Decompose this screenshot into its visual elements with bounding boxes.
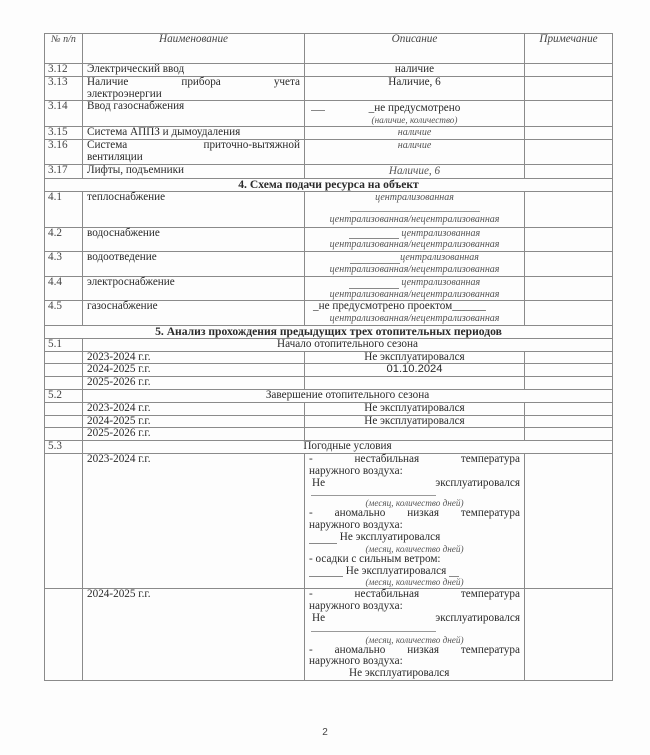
row-num: 3.13	[45, 76, 83, 101]
row-desc: наличие	[305, 64, 525, 77]
name-word: Наличие	[87, 77, 128, 89]
row-desc: _не предусмотрено проектом______ централ…	[305, 301, 525, 326]
row-name: теплоснабжение	[83, 191, 305, 227]
blank-line	[309, 576, 343, 577]
subsection-row: 5.1 Начало отопительного сезона	[45, 338, 613, 351]
row-desc: централизованная централизованная/нецент…	[305, 252, 525, 277]
name-word: приточно-вытяжной	[203, 140, 300, 152]
row-num: 3.17	[45, 164, 83, 178]
name-word: прибора	[181, 77, 220, 89]
weather-desc: -нестабильнаятемпература наружного возду…	[305, 453, 525, 588]
low-value: Не эксплуатировался	[340, 531, 440, 543]
supply-value: _не предусмотрено проектом______	[309, 301, 520, 313]
table-row: 2023-2024 г.г. Не эксплуатировался	[45, 402, 613, 415]
period-value: Не эксплуатировался	[305, 415, 525, 428]
value-word: эксплуатировался	[435, 613, 520, 625]
row-note	[525, 127, 613, 140]
word: температура	[461, 508, 520, 520]
word: температура	[461, 454, 520, 466]
row-desc: _не предусмотрено (наличие, количество)	[305, 101, 525, 127]
row-desc: централизованная централизованная/нецент…	[305, 227, 525, 252]
supply-hint: централизованная/нецентрализованная	[309, 313, 520, 325]
blank-line	[311, 631, 436, 632]
weather-desc: -нестабильнаятемпература наружного возду…	[305, 589, 525, 681]
table-row: 3.15 Система АППЗ и дымоудаления наличие	[45, 127, 613, 140]
period-value: Не эксплуатировался	[305, 402, 525, 415]
row-name: Ввод газоснабжения	[83, 101, 305, 127]
row-note	[525, 164, 613, 178]
row-desc: централизованная централизованная/нецент…	[305, 191, 525, 227]
subsection-title: Завершение отопительного сезона	[83, 389, 613, 402]
row-name: Электрический ввод	[83, 64, 305, 77]
low-value: Не эксплуатировался	[309, 668, 520, 680]
word: низкая	[407, 645, 439, 657]
row-note	[525, 453, 613, 588]
header-note: Примечание	[525, 34, 613, 64]
section-4-title: 4. Схема подачи ресурса на объект	[45, 178, 613, 191]
table-row: 3.12 Электрический ввод наличие	[45, 64, 613, 77]
page-number: 2	[0, 727, 650, 738]
row-name: Лифты, подъемники	[83, 164, 305, 178]
table-row: 3.17 Лифты, подъемники Наличие, 6	[45, 164, 613, 178]
section-5-title: 5. Анализ прохождения предыдущих трех от…	[45, 325, 613, 338]
table-row: 4.5 газоснабжение _не предусмотрено прое…	[45, 301, 613, 326]
row-note	[525, 64, 613, 77]
blank-line	[309, 543, 337, 544]
row-note	[525, 415, 613, 428]
row-num: 3.12	[45, 64, 83, 77]
passport-table: № п/п Наименование Описание Примечание 3…	[44, 33, 613, 681]
subsection-row: 5.3 Погодные условия	[45, 441, 613, 454]
row-desc: наличие	[305, 140, 525, 165]
row-note	[525, 364, 613, 377]
period-value	[305, 428, 525, 441]
row-desc: централизованная централизованная/нецент…	[305, 276, 525, 301]
table-row: 4.1 теплоснабжение централизованная цент…	[45, 191, 613, 227]
subsection-title: Погодные условия	[83, 441, 613, 454]
row-note	[525, 101, 613, 127]
period-value	[305, 377, 525, 390]
table-row: 2025-2026 г.г.	[45, 428, 613, 441]
table-row: 2024-2025 г.г. Не эксплуатировался	[45, 415, 613, 428]
row-note	[525, 76, 613, 101]
row-num: 3.16	[45, 140, 83, 165]
word: температура	[461, 645, 520, 657]
period-label: 2024-2025 г.г.	[83, 415, 305, 428]
row-num	[45, 351, 83, 364]
document-page: № п/п Наименование Описание Примечание 3…	[0, 0, 650, 755]
period-label: 2024-2025 г.г.	[83, 364, 305, 377]
supply-value: централизованная	[309, 192, 520, 204]
table-row: 2023-2024 г.г. Не эксплуатировался	[45, 351, 613, 364]
supply-value: централизованная	[400, 252, 479, 263]
section-heading-row: 5. Анализ прохождения предыдущих трех от…	[45, 325, 613, 338]
row-num: 5.3	[45, 441, 83, 454]
period-label: 2023-2024 г.г.	[83, 453, 305, 588]
table-row: 3.16 Системаприточно-вытяжной вентиляции…	[45, 140, 613, 165]
row-note	[525, 276, 613, 301]
row-num: 4.5	[45, 301, 83, 326]
weather-hint: (месяц, количество дней)	[309, 577, 520, 587]
name-line2: электроэнергии	[87, 89, 300, 101]
table-row: 2024-2025 г.г. -нестабильнаятемпература …	[45, 589, 613, 681]
name-line2: вентиляции	[87, 152, 300, 164]
row-num	[45, 402, 83, 415]
row-note	[525, 252, 613, 277]
row-note	[525, 402, 613, 415]
row-note	[525, 428, 613, 441]
period-label: 2025-2026 г.г.	[83, 377, 305, 390]
row-num: 5.1	[45, 338, 83, 351]
period-label: 2024-2025 г.г.	[83, 589, 305, 681]
air-label: наружного воздуха:	[309, 466, 520, 478]
word: нестабильная	[355, 454, 420, 466]
row-name: Наличиеприбораучета электроэнергии	[83, 76, 305, 101]
supply-value: централизованная	[401, 277, 480, 288]
value-word: Не	[312, 613, 325, 625]
row-note	[525, 191, 613, 227]
row-name: водоснабжение	[83, 227, 305, 252]
period-label: 2025-2026 г.г.	[83, 428, 305, 441]
value-word: эксплуатировался	[435, 478, 520, 490]
value-word: Не	[312, 478, 325, 490]
blank-line	[311, 110, 325, 111]
table-row: 4.2 водоснабжение централизованная центр…	[45, 227, 613, 252]
row-num	[45, 428, 83, 441]
row-num	[45, 589, 83, 681]
section-heading-row: 4. Схема подачи ресурса на объект	[45, 178, 613, 191]
table-row: 3.13 Наличиеприбораучета электроэнергии …	[45, 76, 613, 101]
row-name: Системаприточно-вытяжной вентиляции	[83, 140, 305, 165]
period-value: Не эксплуатировался	[305, 351, 525, 364]
period-value: 01.10.2024	[305, 364, 525, 377]
supply-hint: централизованная/нецентрализованная	[309, 264, 520, 276]
table-header: № п/п Наименование Описание Примечание	[45, 34, 613, 64]
period-label: 2023-2024 г.г.	[83, 402, 305, 415]
row-name: газоснабжение	[83, 301, 305, 326]
row-name: Система АППЗ и дымоудаления	[83, 127, 305, 140]
row-desc-hint: (наличие, количество)	[309, 115, 520, 125]
row-num	[45, 364, 83, 377]
row-num: 3.15	[45, 127, 83, 140]
word: температура	[461, 589, 520, 601]
word: низкая	[407, 508, 439, 520]
header-num: № п/п	[45, 34, 83, 64]
supply-value: централизованная	[401, 228, 480, 239]
subsection-title: Начало отопительного сезона	[83, 338, 613, 351]
row-note	[525, 351, 613, 364]
header-name: Наименование	[83, 34, 305, 64]
table-row: 2023-2024 г.г. -нестабильнаятемпература …	[45, 453, 613, 588]
row-num	[45, 377, 83, 390]
table-row: 3.14 Ввод газоснабжения _не предусмотрен…	[45, 101, 613, 127]
subsection-row: 5.2 Завершение отопительного сезона	[45, 389, 613, 402]
blank-line	[311, 495, 436, 496]
row-num: 4.2	[45, 227, 83, 252]
table-row: 4.3 водоотведение централизованная центр…	[45, 252, 613, 277]
row-desc: Наличие, 6	[305, 164, 525, 178]
name-word: учета	[274, 77, 300, 89]
row-desc-value: _не предусмотрено	[309, 101, 520, 115]
row-note	[525, 589, 613, 681]
row-note	[525, 227, 613, 252]
table-row: 2025-2026 г.г.	[45, 377, 613, 390]
blank-line	[350, 211, 480, 212]
row-note	[525, 377, 613, 390]
wind-value: Не эксплуатировался	[346, 565, 446, 577]
supply-hint: централизованная/нецентрализованная	[309, 214, 520, 226]
row-name: водоотведение	[83, 252, 305, 277]
row-note	[525, 301, 613, 326]
row-num: 3.14	[45, 101, 83, 127]
row-desc: Наличие, 6	[305, 76, 525, 101]
row-num	[45, 415, 83, 428]
row-name: электроснабжение	[83, 276, 305, 301]
row-desc: наличие	[305, 127, 525, 140]
row-num	[45, 453, 83, 588]
dash: -	[309, 454, 313, 466]
header-desc: Описание	[305, 34, 525, 64]
supply-hint: централизованная/нецентрализованная	[309, 289, 520, 301]
row-note	[525, 140, 613, 165]
supply-hint: централизованная/нецентрализованная	[309, 239, 520, 251]
table-row: 2024-2025 г.г. 01.10.2024	[45, 364, 613, 377]
row-num: 5.2	[45, 389, 83, 402]
row-num: 4.3	[45, 252, 83, 277]
period-label: 2023-2024 г.г.	[83, 351, 305, 364]
table-row: 4.4 электроснабжение централизованная це…	[45, 276, 613, 301]
row-num: 4.4	[45, 276, 83, 301]
row-num: 4.1	[45, 191, 83, 227]
